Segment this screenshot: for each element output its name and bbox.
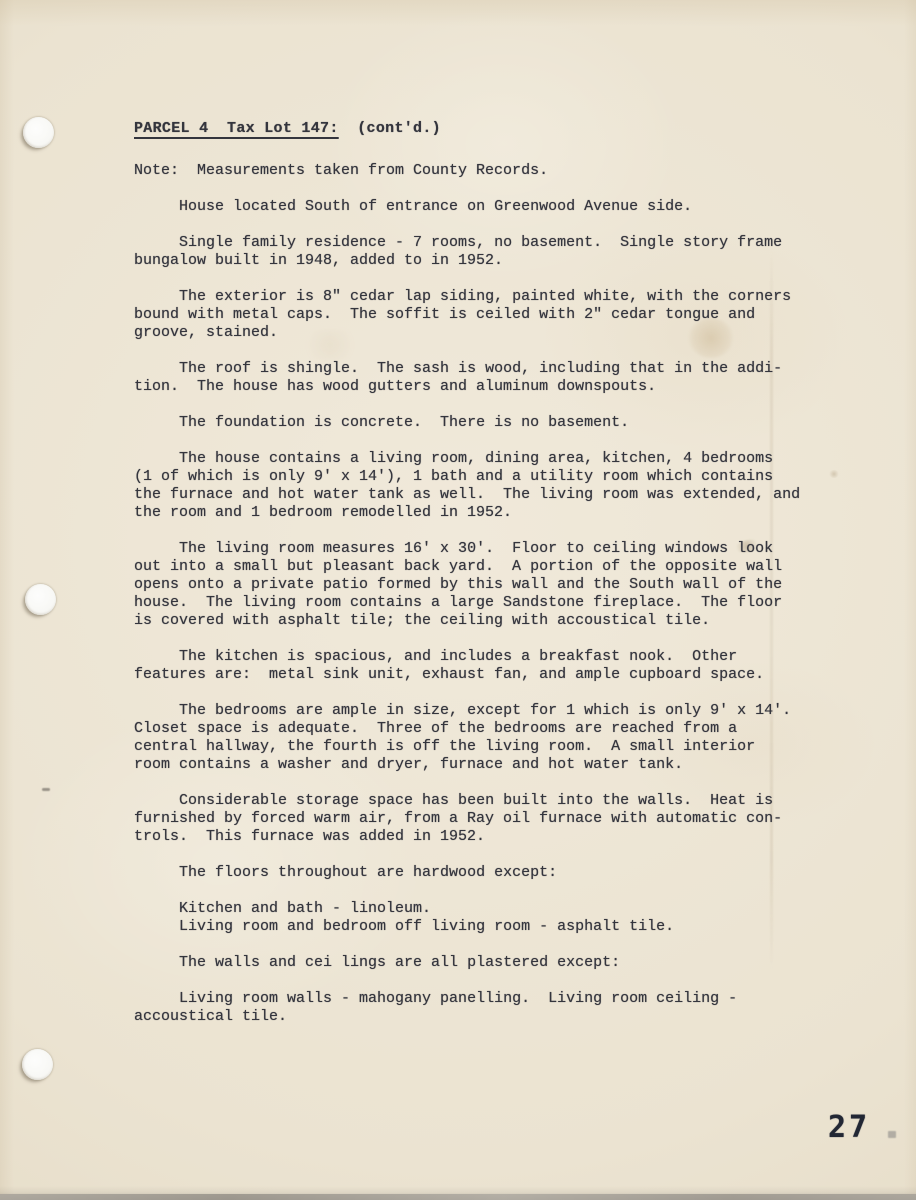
paragraph: The bedrooms are ample in size, except f… <box>134 702 844 774</box>
paragraph: The house contains a living room, dining… <box>134 450 844 522</box>
scan-bottom-edge <box>0 1186 916 1200</box>
paragraph: Living room walls - mahogany panelling. … <box>134 990 844 1026</box>
page-number: 27 <box>828 1110 870 1145</box>
document-paragraphs: Note: Measurements taken from County Rec… <box>134 162 844 1026</box>
paragraph: The walls and cei lings are all plastere… <box>134 954 844 972</box>
scanned-document-page: PARCEL 4 Tax Lot 147: (cont'd.) Note: Me… <box>0 0 916 1200</box>
paragraph: The floors throughout are hardwood excep… <box>134 864 844 882</box>
punch-hole-bottom <box>22 1049 53 1080</box>
paragraph: Considerable storage space has been buil… <box>134 792 844 846</box>
document-content: PARCEL 4 Tax Lot 147: (cont'd.) Note: Me… <box>134 120 844 1044</box>
paragraph: The foundation is concrete. There is no … <box>134 414 844 432</box>
punch-hole-middle <box>25 584 56 615</box>
paragraph: The living room measures 16' x 30'. Floo… <box>134 540 844 630</box>
document-heading: PARCEL 4 Tax Lot 147: (cont'd.) <box>134 120 844 138</box>
punch-hole-top <box>23 117 54 148</box>
paragraph: Note: Measurements taken from County Rec… <box>134 162 844 180</box>
paragraph: House located South of entrance on Green… <box>134 198 844 216</box>
paragraph: Single family residence - 7 rooms, no ba… <box>134 234 844 270</box>
heading-underlined-text: PARCEL 4 Tax Lot 147: <box>134 120 339 137</box>
paper-speck <box>42 788 50 791</box>
paragraph: The exterior is 8" cedar lap siding, pai… <box>134 288 844 342</box>
paragraph: The roof is shingle. The sash is wood, i… <box>134 360 844 396</box>
paragraph: The kitchen is spacious, and includes a … <box>134 648 844 684</box>
stamp-artifact <box>888 1131 896 1138</box>
paragraph: Kitchen and bath - linoleum. Living room… <box>134 900 844 936</box>
heading-suffix: (cont'd.) <box>339 120 441 137</box>
